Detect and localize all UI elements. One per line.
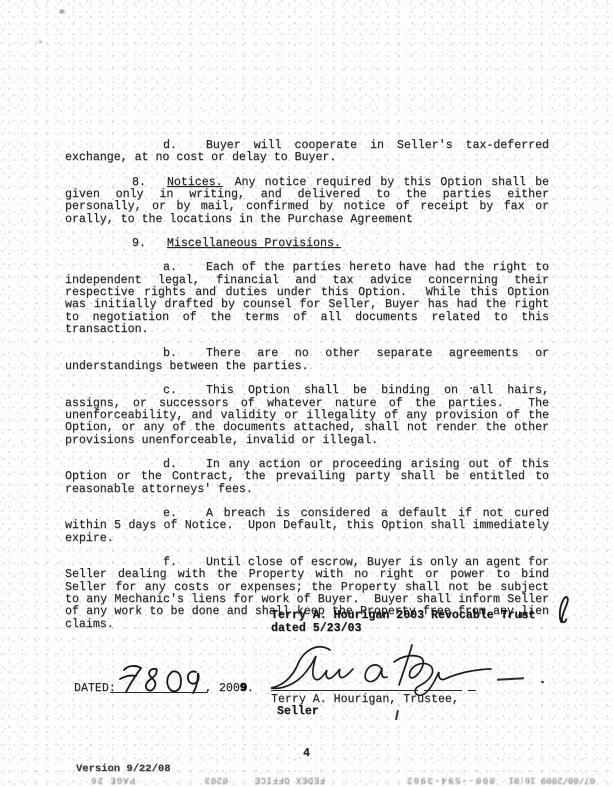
fax-sender: FEDEX OFFICE <box>254 775 325 785</box>
year-period: . <box>247 682 254 695</box>
scanned-document-page: { "body": { "para_9d_top": { "prefix": "… <box>0 0 613 787</box>
paragraph-d-cooperate: d.Buyer will cooperate in Seller's tax-d… <box>65 140 549 165</box>
paragraph-text: There are no other separate agreements o… <box>65 347 549 372</box>
paragraph-c: c.This Option shall be binding on all ha… <box>65 385 549 447</box>
signature-line-dot <box>468 690 476 691</box>
paragraph-letter: e. <box>163 507 177 520</box>
paragraph-letter: f. <box>163 556 177 569</box>
section-number: 8. <box>132 176 146 189</box>
scan-smudge <box>58 9 66 14</box>
paragraph-text: In any action or proceeding arising out … <box>65 458 549 496</box>
signature-line <box>271 690 418 691</box>
fax-phone: 800--594-3962 <box>405 775 495 785</box>
paragraph-e: e.A breach is considered a default if no… <box>65 508 549 545</box>
fax-datetime: 07/08/2009 16:01 <box>509 775 595 785</box>
scan-smudge <box>38 40 43 44</box>
signer-role: Seller <box>277 705 319 718</box>
paragraph-text: Buyer will cooperate in Seller's tax-def… <box>65 139 549 164</box>
section-title: Miscellaneous Provisions. <box>167 237 341 250</box>
paragraph-text: This Option shall be binding on all hair… <box>65 384 549 446</box>
dated-year: , 2009. <box>205 682 254 695</box>
trust-name-block: Terry A. Hourigan 2003 Revocable Trust d… <box>271 610 535 635</box>
section-8-notices: 8.Notices.Any notice required by this Op… <box>65 177 549 226</box>
dated-label: DATED: <box>74 682 116 695</box>
paragraph-letter: c. <box>163 384 177 397</box>
paragraph-d: d.In any action or proceeding arising ou… <box>65 459 549 496</box>
year-overwritten-digit: 9 <box>240 682 247 695</box>
signature-tail-dot <box>541 681 544 683</box>
fax-header-upside-down: 07/08/2009 16:01 800--594-3962 FEDEX OFF… <box>0 774 613 786</box>
handwritten-date <box>112 662 212 694</box>
stray-pen-mark <box>550 595 574 625</box>
document-body: d.Buyer will cooperate in Seller's tax-d… <box>65 140 549 643</box>
stray-slash-mark <box>395 710 399 720</box>
paragraph-text: Each of the parties hereto have had the … <box>65 261 549 336</box>
page-number: 4 <box>0 747 613 760</box>
section-number: 9. <box>132 237 146 250</box>
paragraph-letter: a. <box>163 261 177 274</box>
year-typed: , 200 <box>205 682 240 695</box>
section-title: Notices. <box>167 176 223 189</box>
signature-line-dash <box>424 690 462 691</box>
section-9-heading: 9.Miscellaneous Provisions. <box>65 238 549 250</box>
fax-station: 0203 <box>204 775 228 785</box>
paragraph-b: b.There are no other separate agreements… <box>65 348 549 373</box>
paragraph-letter: d. <box>163 458 177 471</box>
signature-image <box>266 638 551 698</box>
paragraph-text: A breach is considered a default if not … <box>65 507 549 545</box>
paragraph-a: a.Each of the parties hereto have had th… <box>65 262 549 336</box>
trust-name-line: Terry A. Hourigan 2003 Revocable Trust <box>271 610 535 623</box>
fax-page: PAGE 26 <box>90 775 135 785</box>
paragraph-letter: d. <box>163 139 177 152</box>
paragraph-letter: b. <box>163 347 177 360</box>
trust-date-line: dated 5/23/03 <box>271 623 535 636</box>
